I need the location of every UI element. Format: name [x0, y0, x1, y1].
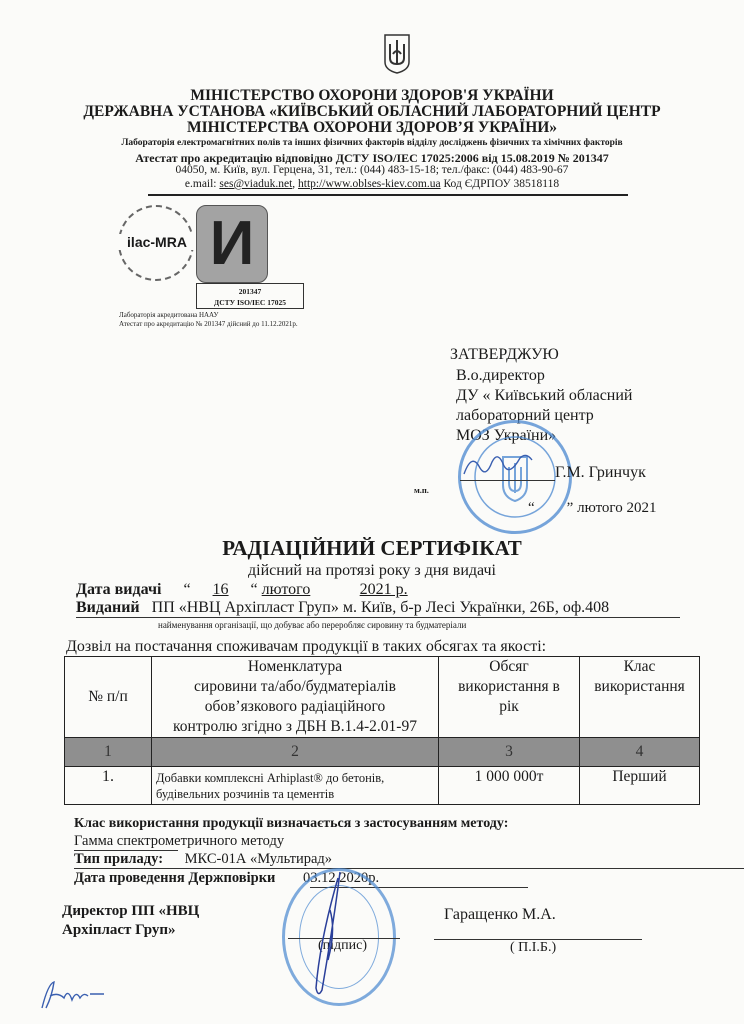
contact-line: e.mail: ses@viaduk.net, http://www.oblse…: [0, 178, 744, 190]
edrpou-code: Код ЄДРПОУ 38518118: [441, 178, 560, 190]
device-value: МКС-01А «Мультирад»: [185, 851, 332, 867]
approver-signature-icon: [460, 448, 540, 487]
verification-label: Дата проведення Держповірки: [74, 870, 275, 886]
date-rest: ” лютого 2021: [567, 500, 657, 516]
device-label: Тип приладу:: [74, 851, 163, 867]
name-caption: ( П.І.Б.): [510, 940, 556, 956]
device-row: Тип приладу: МКС-01А «Мультирад»: [74, 851, 332, 868]
table-row: 1. Добавки комплексні Arhiplast® до бето…: [65, 767, 700, 805]
certificate-subtitle: дійсний на протязі року з дня видачі: [0, 562, 744, 580]
mp-label: м.п.: [414, 485, 429, 495]
table-header-row: № п/п Номенклатура сировини та/або/будма…: [65, 657, 700, 738]
header-divider: [148, 194, 628, 196]
method-value: Гамма спектрометричного методу: [74, 833, 284, 850]
issued-caption: найменування організації, що добуває або…: [158, 620, 466, 630]
products-table: № п/п Номенклатура сировини та/або/будма…: [64, 656, 700, 805]
issue-month: лютого: [262, 581, 346, 599]
row-volume: 1 000 000т: [439, 767, 580, 805]
column-number-row: 1 2 3 4: [65, 738, 700, 767]
email-label: e.mail:: [185, 178, 220, 190]
header-num: № п/п: [65, 657, 152, 738]
row-num: 1.: [65, 767, 152, 805]
header-volume: Обсяг використання в рік: [439, 657, 580, 738]
institution-title-2: МІНІСТЕРСТВА ОХОРОНИ ЗДОРОВ’Я УКРАЇНИ»: [0, 120, 744, 136]
permission-text: Дозвіл на постачання споживачам продукці…: [66, 638, 546, 656]
ministry-title: МІНІСТЕРСТВО ОХОРОНИ ЗДОРОВ'Я УКРАЇНИ: [0, 88, 744, 104]
note-2: Атестат про акредитацію № 201347 дійсний…: [119, 320, 298, 329]
date-open-quote: “: [528, 500, 535, 516]
issued-underline: [76, 617, 680, 618]
approval-date: “” лютого 2021: [528, 500, 656, 517]
coat-of-arms-icon: [384, 34, 410, 74]
ilac-text: ilac-MRA: [114, 234, 200, 250]
col-number-2: 2: [152, 738, 439, 767]
approval-signer: Г.М. Гринчук: [555, 464, 646, 482]
quote-close: “: [251, 581, 258, 598]
director-name: Гаращенко М.А.: [444, 906, 556, 924]
col-number-1: 1: [65, 738, 152, 767]
issue-date-label: Дата видачі: [76, 581, 161, 598]
box-standard: ДСТУ ISO/IEC 17025: [197, 297, 303, 308]
naau-glyph: И: [197, 206, 267, 282]
quote-open: “: [183, 581, 190, 598]
institution-title: ДЕРЖАВНА УСТАНОВА «КИЇВСЬКИЙ ОБЛАСНИЙ ЛА…: [0, 104, 744, 120]
address-line: 04050, м. Київ, вул. Герцена, 31, тел.: …: [0, 164, 744, 176]
certificate-title: РАДІАЦІЙНИЙ СЕРТИФІКАТ: [0, 536, 744, 561]
issue-year: 2021 р.: [360, 581, 430, 599]
director-title: Директор ПП «НВЦ Архіпласт Груп»: [62, 902, 199, 940]
approval-line-2: ДУ « Київський обласний: [456, 386, 633, 406]
issued-to-row: Виданий ПП «НВЦ Архіпласт Груп» м. Київ,…: [76, 599, 609, 617]
accreditation-note: Лабораторія акредитована НААУ Атестат пр…: [119, 311, 298, 329]
note-1: Лабораторія акредитована НААУ: [119, 311, 298, 320]
issued-to-value: ПП «НВЦ Архіпласт Груп» м. Київ, б-р Лес…: [152, 599, 610, 616]
handwritten-signature-icon: [38, 978, 108, 1017]
approval-title: ЗАТВЕРДЖУЮ: [450, 346, 559, 364]
ilac-mra-logo: ilac-MRA: [118, 205, 194, 281]
director-signature-icon: [300, 870, 360, 1005]
issued-label: Виданий: [76, 599, 140, 616]
header-nomenclature: Номенклатура сировини та/або/будматеріал…: [152, 657, 439, 738]
approval-line-1: В.о.директор: [456, 366, 633, 386]
accreditation-box: 201347 ДСТУ ISO/IEC 17025: [196, 283, 304, 309]
director-line-1: Директор ПП «НВЦ: [62, 902, 199, 921]
laboratory-line: Лабораторія електромагнітних полів та ін…: [0, 138, 744, 148]
box-number: 201347: [197, 286, 303, 297]
method-label: Клас використання продукції визначається…: [74, 816, 508, 832]
col-number-4: 4: [580, 738, 700, 767]
header-class: Клас використання: [580, 657, 700, 738]
director-line-2: Архіпласт Груп»: [62, 921, 199, 940]
website-link[interactable]: http://www.oblses-kiev.com.ua: [298, 178, 441, 190]
col-number-3: 3: [439, 738, 580, 767]
naau-logo: И: [196, 205, 268, 283]
device-underline: [74, 868, 744, 869]
row-class: Перший: [580, 767, 700, 805]
issue-date-row: Дата видачі “ 16 “ лютого 2021 р.: [76, 581, 430, 599]
row-name: Добавки комплексні Arhiplast® до бетонів…: [152, 767, 439, 805]
issue-day: 16: [195, 581, 247, 599]
email-link[interactable]: ses@viaduk.net: [219, 178, 292, 190]
